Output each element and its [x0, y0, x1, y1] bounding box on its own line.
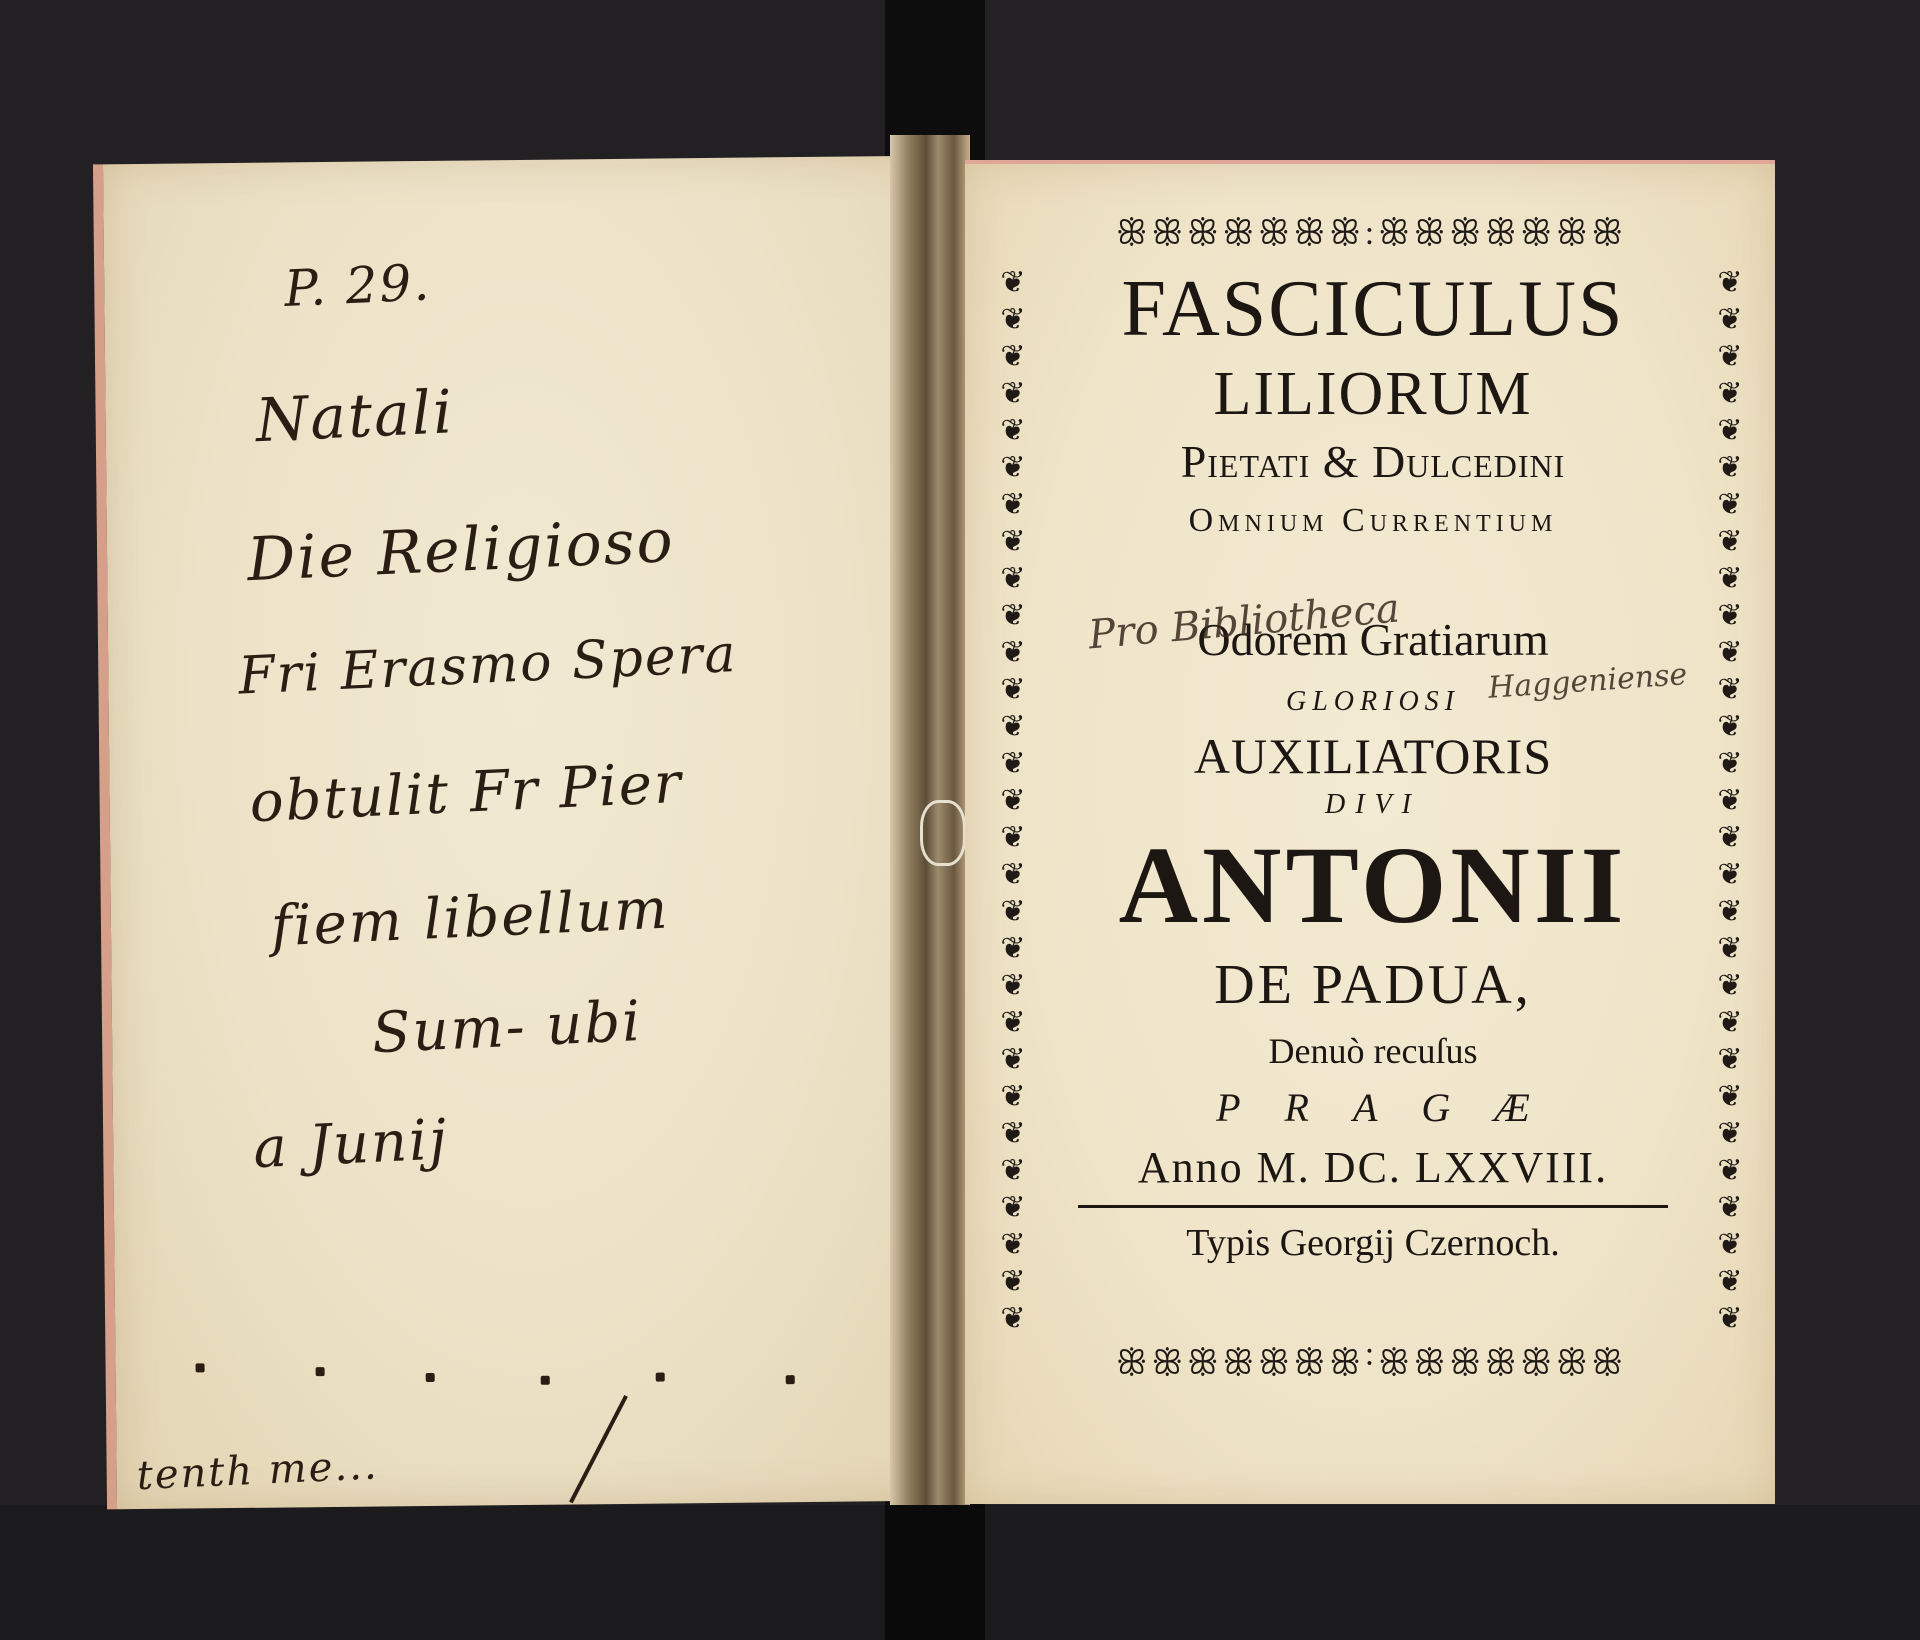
bottom-inscription-fragment: tenth me... [136, 1442, 380, 1499]
title-divi: DIVI [1048, 785, 1698, 825]
left-flyleaf-page: P. 29. Natali Die Religioso Fri Erasmo S… [93, 156, 947, 1510]
shelfmark-note: P. 29. [283, 253, 432, 318]
right-ornament-border: ❦❦❦❦❦❦❦❦❦❦❦❦❦❦❦❦❦❦❦❦❦❦❦❦❦❦❦❦❦ [1705, 264, 1755, 1334]
left-ornament-border: ❦❦❦❦❦❦❦❦❦❦❦❦❦❦❦❦❦❦❦❦❦❦❦❦❦❦❦❦❦ [988, 264, 1038, 1334]
top-ornament-border: ꕥꕥꕥꕥꕥꕥꕥ:ꕥꕥꕥꕥꕥꕥꕥ [988, 209, 1755, 259]
inscription-line: Die Religioso [246, 506, 676, 595]
dotted-line [196, 1356, 916, 1404]
title-denuo-recusus: Denuò recuſus [1048, 1025, 1698, 1077]
title-auxiliatoris: AUXILIATORIS [1048, 727, 1698, 785]
title-fasciculus: FASCICULUS [1048, 259, 1698, 359]
inscription-line: obtulit Fr Pier [248, 751, 684, 836]
inscription-line: Sum- ubi [371, 989, 644, 1066]
bottom-ornament-border: ꕥꕥꕥꕥꕥꕥꕥ:ꕥꕥꕥꕥꕥꕥꕥ [988, 1334, 1755, 1384]
title-antonii: ANTONII [1048, 825, 1698, 945]
horizontal-rule [1078, 1205, 1668, 1208]
title-text-block: FASCICULUS LILIORUM Pietati & Dulcedini … [1048, 259, 1698, 1268]
ornamental-border-frame: ꕥꕥꕥꕥꕥꕥꕥ:ꕥꕥꕥꕥꕥꕥꕥ ꕥꕥꕥꕥꕥꕥꕥ:ꕥꕥꕥꕥꕥꕥꕥ ❦❦❦❦❦❦❦❦… [988, 209, 1755, 1389]
inscription-line: Natali [254, 377, 456, 456]
title-pietati: Pietati & Dulcedini [1048, 429, 1698, 495]
inscription-line: Fri Erasmo Spera [237, 624, 739, 707]
imprint-place: PRAGÆ [1048, 1077, 1698, 1139]
title-de-padua: DE PADUA, [1048, 945, 1698, 1025]
title-page: ꕥꕥꕥꕥꕥꕥꕥ:ꕥꕥꕥꕥꕥꕥꕥ ꕥꕥꕥꕥꕥꕥꕥ:ꕥꕥꕥꕥꕥꕥꕥ ❦❦❦❦❦❦❦❦… [965, 160, 1775, 1504]
binding-thread [920, 800, 966, 866]
inscription-line: fiem libellum [270, 877, 671, 960]
title-omnium: Omnium Currentium [1048, 495, 1698, 547]
imprint-printer: Typis Georgij Czernoch. [1048, 1218, 1698, 1268]
background-bottom-gap [885, 1505, 985, 1640]
pen-stroke [569, 1395, 628, 1503]
title-liliorum: LILIORUM [1048, 359, 1698, 429]
inscription-line: a Junij [252, 1107, 450, 1181]
imprint-year: Anno M. DC. LXXVIII. [1048, 1139, 1698, 1197]
